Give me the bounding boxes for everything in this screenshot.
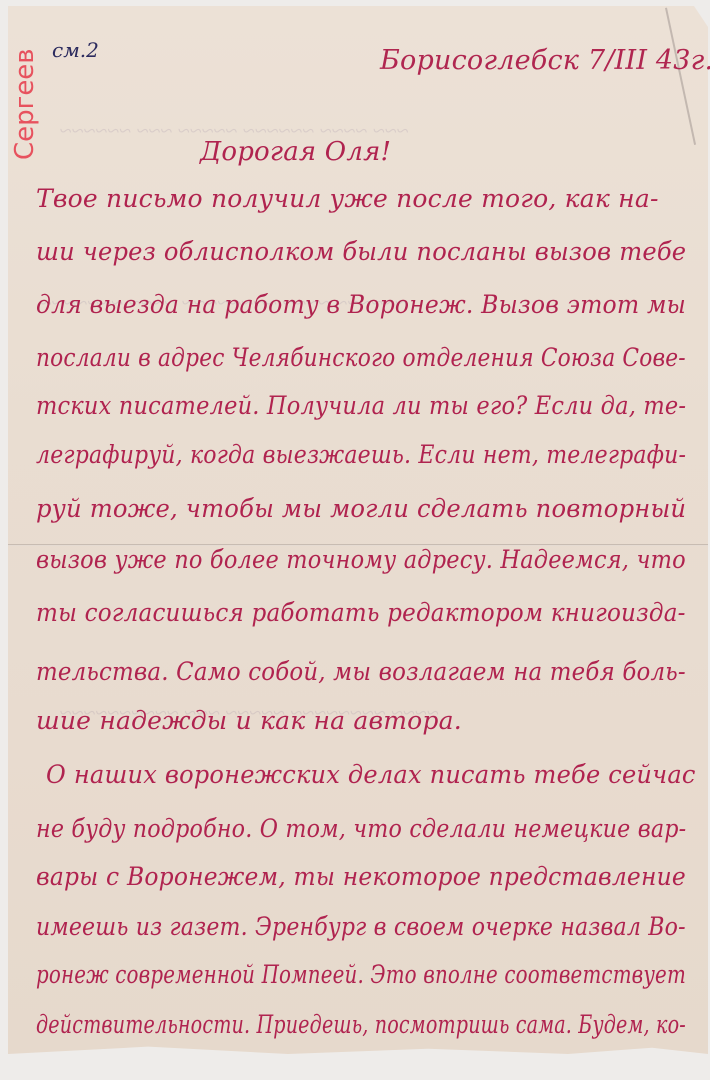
- letter-line: ши через облисполком были посланы вызов …: [36, 237, 686, 266]
- place-and-date: Борисоглебск 7/III 43г.: [380, 45, 710, 76]
- letter-line: не буду подробно. О том, что сделали нем…: [36, 814, 686, 843]
- letter-line: для выезда на работу в Воронеж. Вызов эт…: [36, 290, 686, 319]
- letter-line: О наших воронежских делах писать тебе се…: [46, 760, 696, 789]
- letter-line: ты согласишься работать редактором книго…: [36, 598, 686, 627]
- letter-line: вары с Воронежем, ты некоторое представл…: [36, 862, 686, 891]
- letter-line: руй тоже, чтобы мы могли сделать повторн…: [36, 494, 686, 523]
- letter-line: тских писателей. Получила ли ты его? Есл…: [36, 391, 686, 420]
- letter-line: имеешь из газет. Эренбург в своем очерке…: [36, 912, 686, 941]
- letter-line: вызов уже по более точному адресу. Надее…: [36, 545, 686, 574]
- letter-line: шие надежды и как на автора.: [36, 706, 462, 735]
- letter-line: леграфируй, когда выезжаешь. Если нет, т…: [36, 440, 686, 469]
- letter-line: послали в адрес Челябинского отделения С…: [36, 343, 686, 372]
- letter-line: ронеж современной Помпеей. Это вполне со…: [36, 960, 686, 989]
- letter-line: действительности. Приедешь, посмотришь с…: [36, 1010, 686, 1039]
- margin-annotation-red: Сергеев: [10, 48, 40, 160]
- margin-annotation-blue: см.2: [52, 38, 99, 62]
- letter-line: Твое письмо получил уже после того, как …: [36, 184, 659, 213]
- greeting: Дорогая Оля!: [200, 137, 391, 167]
- letter-line: тельства. Само собой, мы возлагаем на те…: [36, 657, 686, 686]
